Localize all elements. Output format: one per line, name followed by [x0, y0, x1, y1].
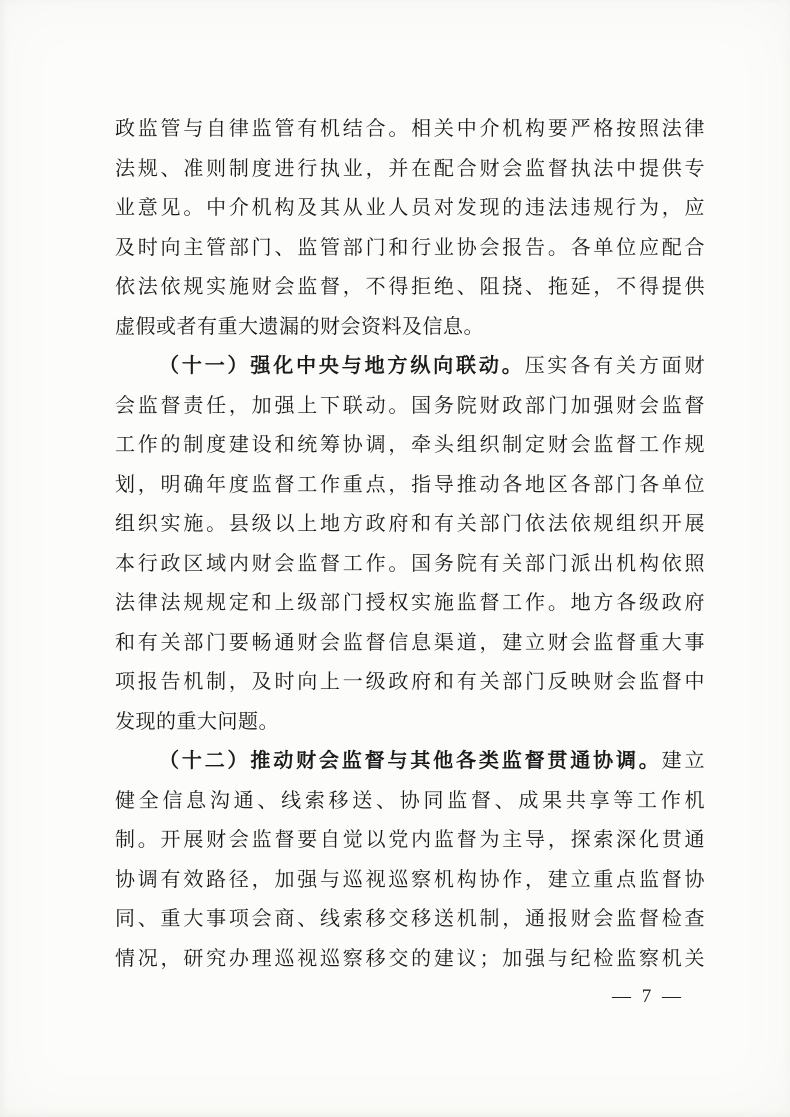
- item-heading: （十一）强化中央与地方纵向联动。: [159, 355, 525, 377]
- line-text: 划，明确年度监督工作重点，指导推动各地区各部门各单位: [115, 474, 705, 496]
- paragraph-item-11: （十一）强化中央与地方纵向联动。压实各有关方面财会监督责任，加强上下联动。国务院…: [115, 347, 705, 742]
- text-line: 健全信息沟通、线索移送、协同监督、成果共享等工作机: [115, 782, 705, 822]
- text-line: 制。开展财会监督要自觉以党内监督为主导，探索深化贯通: [115, 821, 705, 861]
- line-text: 法规、准则制度进行执业，并在配合财会监督执法中提供专: [115, 158, 705, 180]
- text-line: （十一）强化中央与地方纵向联动。压实各有关方面财: [115, 347, 705, 387]
- line-text: 情况，研究办理巡视巡察移交的建议；加强与纪检监察机关: [115, 948, 705, 970]
- text-line: （十二）推动财会监督与其他各类监督贯通协调。建立: [115, 742, 705, 782]
- text-line: 划，明确年度监督工作重点，指导推动各地区各部门各单位: [115, 466, 705, 506]
- line-text: 项报告机制，及时向上一级政府和有关部门反映财会监督中: [115, 671, 705, 693]
- text-line: 同、重大事项会商、线索移交移送机制，通报财会监督检查: [115, 900, 705, 940]
- text-line: 工作的制度建设和统筹协调，牵头组织制定财会监督工作规: [115, 426, 705, 466]
- line-text: 同、重大事项会商、线索移交移送机制，通报财会监督检查: [115, 908, 705, 930]
- paragraph-item-12: （十二）推动财会监督与其他各类监督贯通协调。建立健全信息沟通、线索移送、协同监督…: [115, 742, 705, 979]
- line-text: 压实各有关方面财: [525, 355, 705, 377]
- text-line: 政监管与自律监管有机结合。相关中介机构要严格按照法律: [115, 110, 705, 150]
- line-text: 及时向主管部门、监管部门和行业协会报告。各单位应配合: [115, 237, 705, 259]
- line-text: 和有关部门要畅通财会监督信息渠道，建立财会监督重大事: [115, 632, 705, 654]
- paragraph-continuation: 政监管与自律监管有机结合。相关中介机构要严格按照法律法规、准则制度进行执业，并在…: [115, 110, 705, 347]
- text-line: 发现的重大问题。: [115, 703, 705, 743]
- line-text: 发现的重大问题。: [115, 711, 279, 733]
- text-line: 组织实施。县级以上地方政府和有关部门依法依规组织开展: [115, 505, 705, 545]
- text-line: 和有关部门要畅通财会监督信息渠道，建立财会监督重大事: [115, 624, 705, 664]
- text-line: 虚假或者有重大遗漏的财会资料及信息。: [115, 308, 705, 348]
- item-heading: （十二）推动财会监督与其他各类监督贯通协调。: [159, 750, 662, 772]
- text-line: 依法依规实施财会监督，不得拒绝、阻挠、拖延，不得提供: [115, 268, 705, 308]
- line-text: 政监管与自律监管有机结合。相关中介机构要严格按照法律: [115, 118, 705, 140]
- line-text: 工作的制度建设和统筹协调，牵头组织制定财会监督工作规: [115, 434, 705, 456]
- text-line: 法律法规规定和上级部门授权实施监督工作。地方各级政府: [115, 584, 705, 624]
- text-line: 协调有效路径，加强与巡视巡察机构协作，建立重点监督协: [115, 861, 705, 901]
- line-text: 会监督责任，加强上下联动。国务院财政部门加强财会监督: [115, 395, 705, 417]
- text-line: 法规、准则制度进行执业，并在配合财会监督执法中提供专: [115, 150, 705, 190]
- text-line: 情况，研究办理巡视巡察移交的建议；加强与纪检监察机关: [115, 940, 705, 980]
- text-line: 业意见。中介机构及其从业人员对发现的违法违规行为，应: [115, 189, 705, 229]
- text-line: 会监督责任，加强上下联动。国务院财政部门加强财会监督: [115, 387, 705, 427]
- line-text: 依法依规实施财会监督，不得拒绝、阻挠、拖延，不得提供: [115, 276, 705, 298]
- scanned-page: 政监管与自律监管有机结合。相关中介机构要严格按照法律法规、准则制度进行执业，并在…: [0, 0, 790, 1117]
- line-text: 虚假或者有重大遗漏的财会资料及信息。: [115, 316, 484, 338]
- line-text: 法律法规规定和上级部门授权实施监督工作。地方各级政府: [115, 592, 705, 614]
- page-number: — 7 —: [612, 983, 684, 1011]
- line-text: 组织实施。县级以上地方政府和有关部门依法依规组织开展: [115, 513, 705, 535]
- line-text: 协调有效路径，加强与巡视巡察机构协作，建立重点监督协: [115, 869, 705, 891]
- text-line: 项报告机制，及时向上一级政府和有关部门反映财会监督中: [115, 663, 705, 703]
- line-text: 业意见。中介机构及其从业人员对发现的违法违规行为，应: [115, 197, 705, 219]
- line-text: 本行政区域内财会监督工作。国务院有关部门派出机构依照: [115, 553, 705, 575]
- document-body: 政监管与自律监管有机结合。相关中介机构要严格按照法律法规、准则制度进行执业，并在…: [115, 110, 705, 979]
- text-line: 本行政区域内财会监督工作。国务院有关部门派出机构依照: [115, 545, 705, 585]
- text-line: 及时向主管部门、监管部门和行业协会报告。各单位应配合: [115, 229, 705, 269]
- line-text: 建立: [662, 750, 705, 772]
- line-text: 制。开展财会监督要自觉以党内监督为主导，探索深化贯通: [115, 829, 705, 851]
- line-text: 健全信息沟通、线索移送、协同监督、成果共享等工作机: [115, 790, 705, 812]
